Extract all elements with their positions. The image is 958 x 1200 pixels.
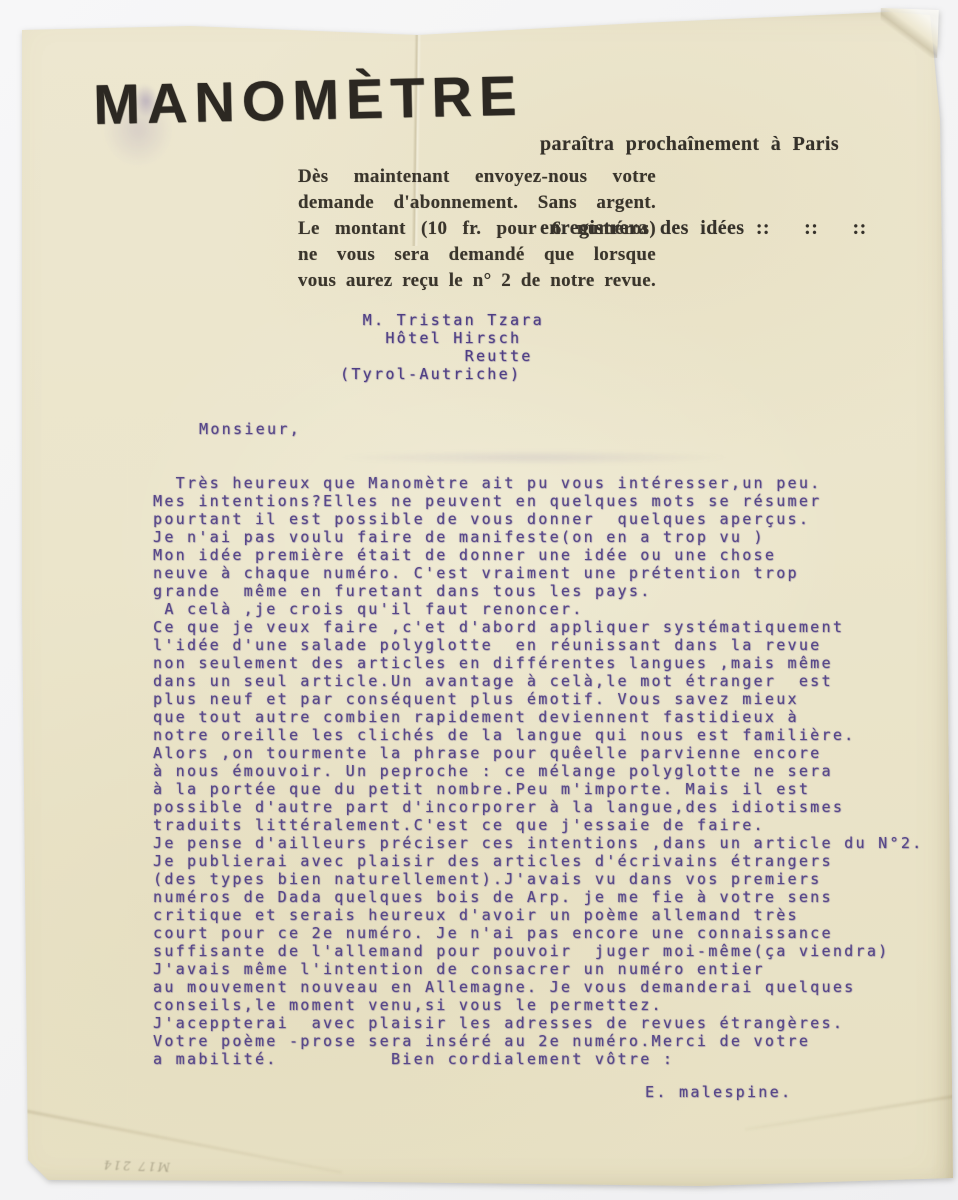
subscription-notice-line: Dès maintenant envoyez-nous votre [298,164,656,190]
salutation: Monsieur, [199,420,301,438]
pencil-annotation: M17 214 [60,1156,170,1174]
paper-sheet-wrapper: MANOMÈTRE paraîtra prochaînement à Paris… [0,0,958,1200]
tagline-line-1: paraîtra prochaînement à Paris [540,130,867,158]
scanned-letter-page: MANOMÈTRE paraîtra prochaînement à Paris… [0,0,958,1200]
subscription-notice-line: ne vous sera demandé que lorsque [298,242,656,268]
masthead-title: MANOMÈTRE [93,63,524,137]
paper-sheet: MANOMÈTRE paraîtra prochaînement à Paris… [0,0,958,1200]
letter-body: Très heureux que Manomètre ait pu vous i… [153,474,924,1068]
subscription-notice-line: demande d'abonnement. Sans argent. [298,190,656,216]
subscription-notice-line: Le montant (10 fr. pour 6 numéros) [298,216,656,242]
subscription-notice: Dès maintenant envoyez-nous votre demand… [298,164,656,294]
ink-ghost-band [300,450,768,465]
signature: E. malespine. [645,1083,792,1101]
recipient-address: M. Tristan Tzara Hôtel Hirsch Reutte (Ty… [340,311,544,383]
subscription-notice-line: vous aurez reçu le n° 2 de notre revue. [298,268,656,294]
